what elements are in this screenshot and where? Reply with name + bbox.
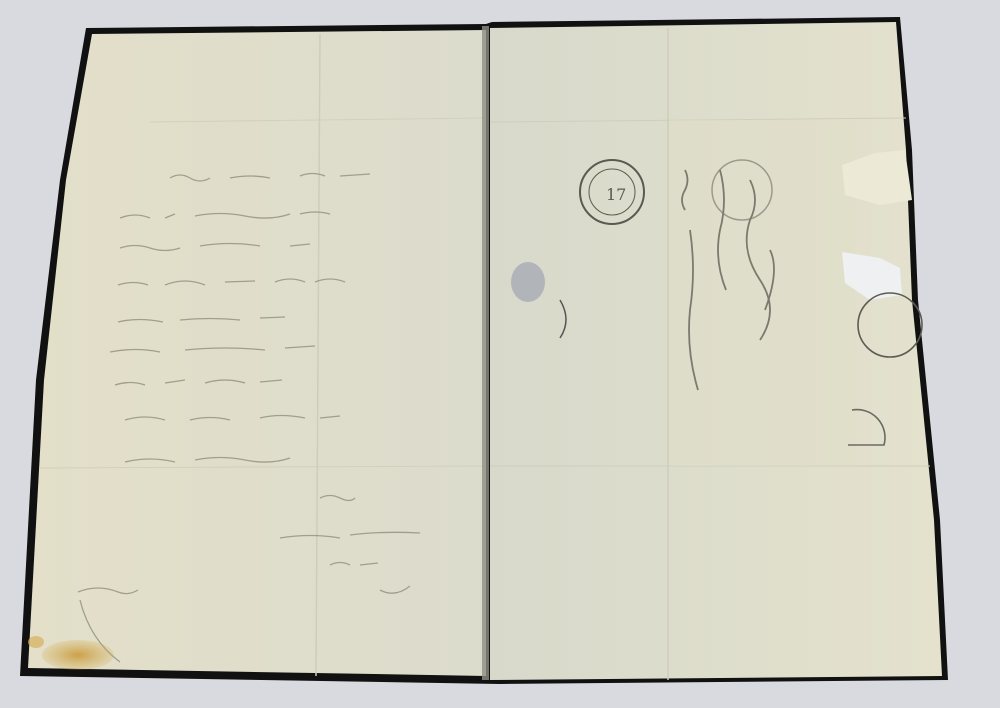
center-fold (482, 26, 489, 680)
right-page: 17 (490, 22, 942, 680)
letter-photo: 17 (0, 0, 1000, 708)
stain (42, 640, 114, 670)
photo-scene: 17 (0, 0, 1000, 708)
svg-text:17: 17 (606, 185, 626, 204)
left-page (28, 30, 486, 676)
